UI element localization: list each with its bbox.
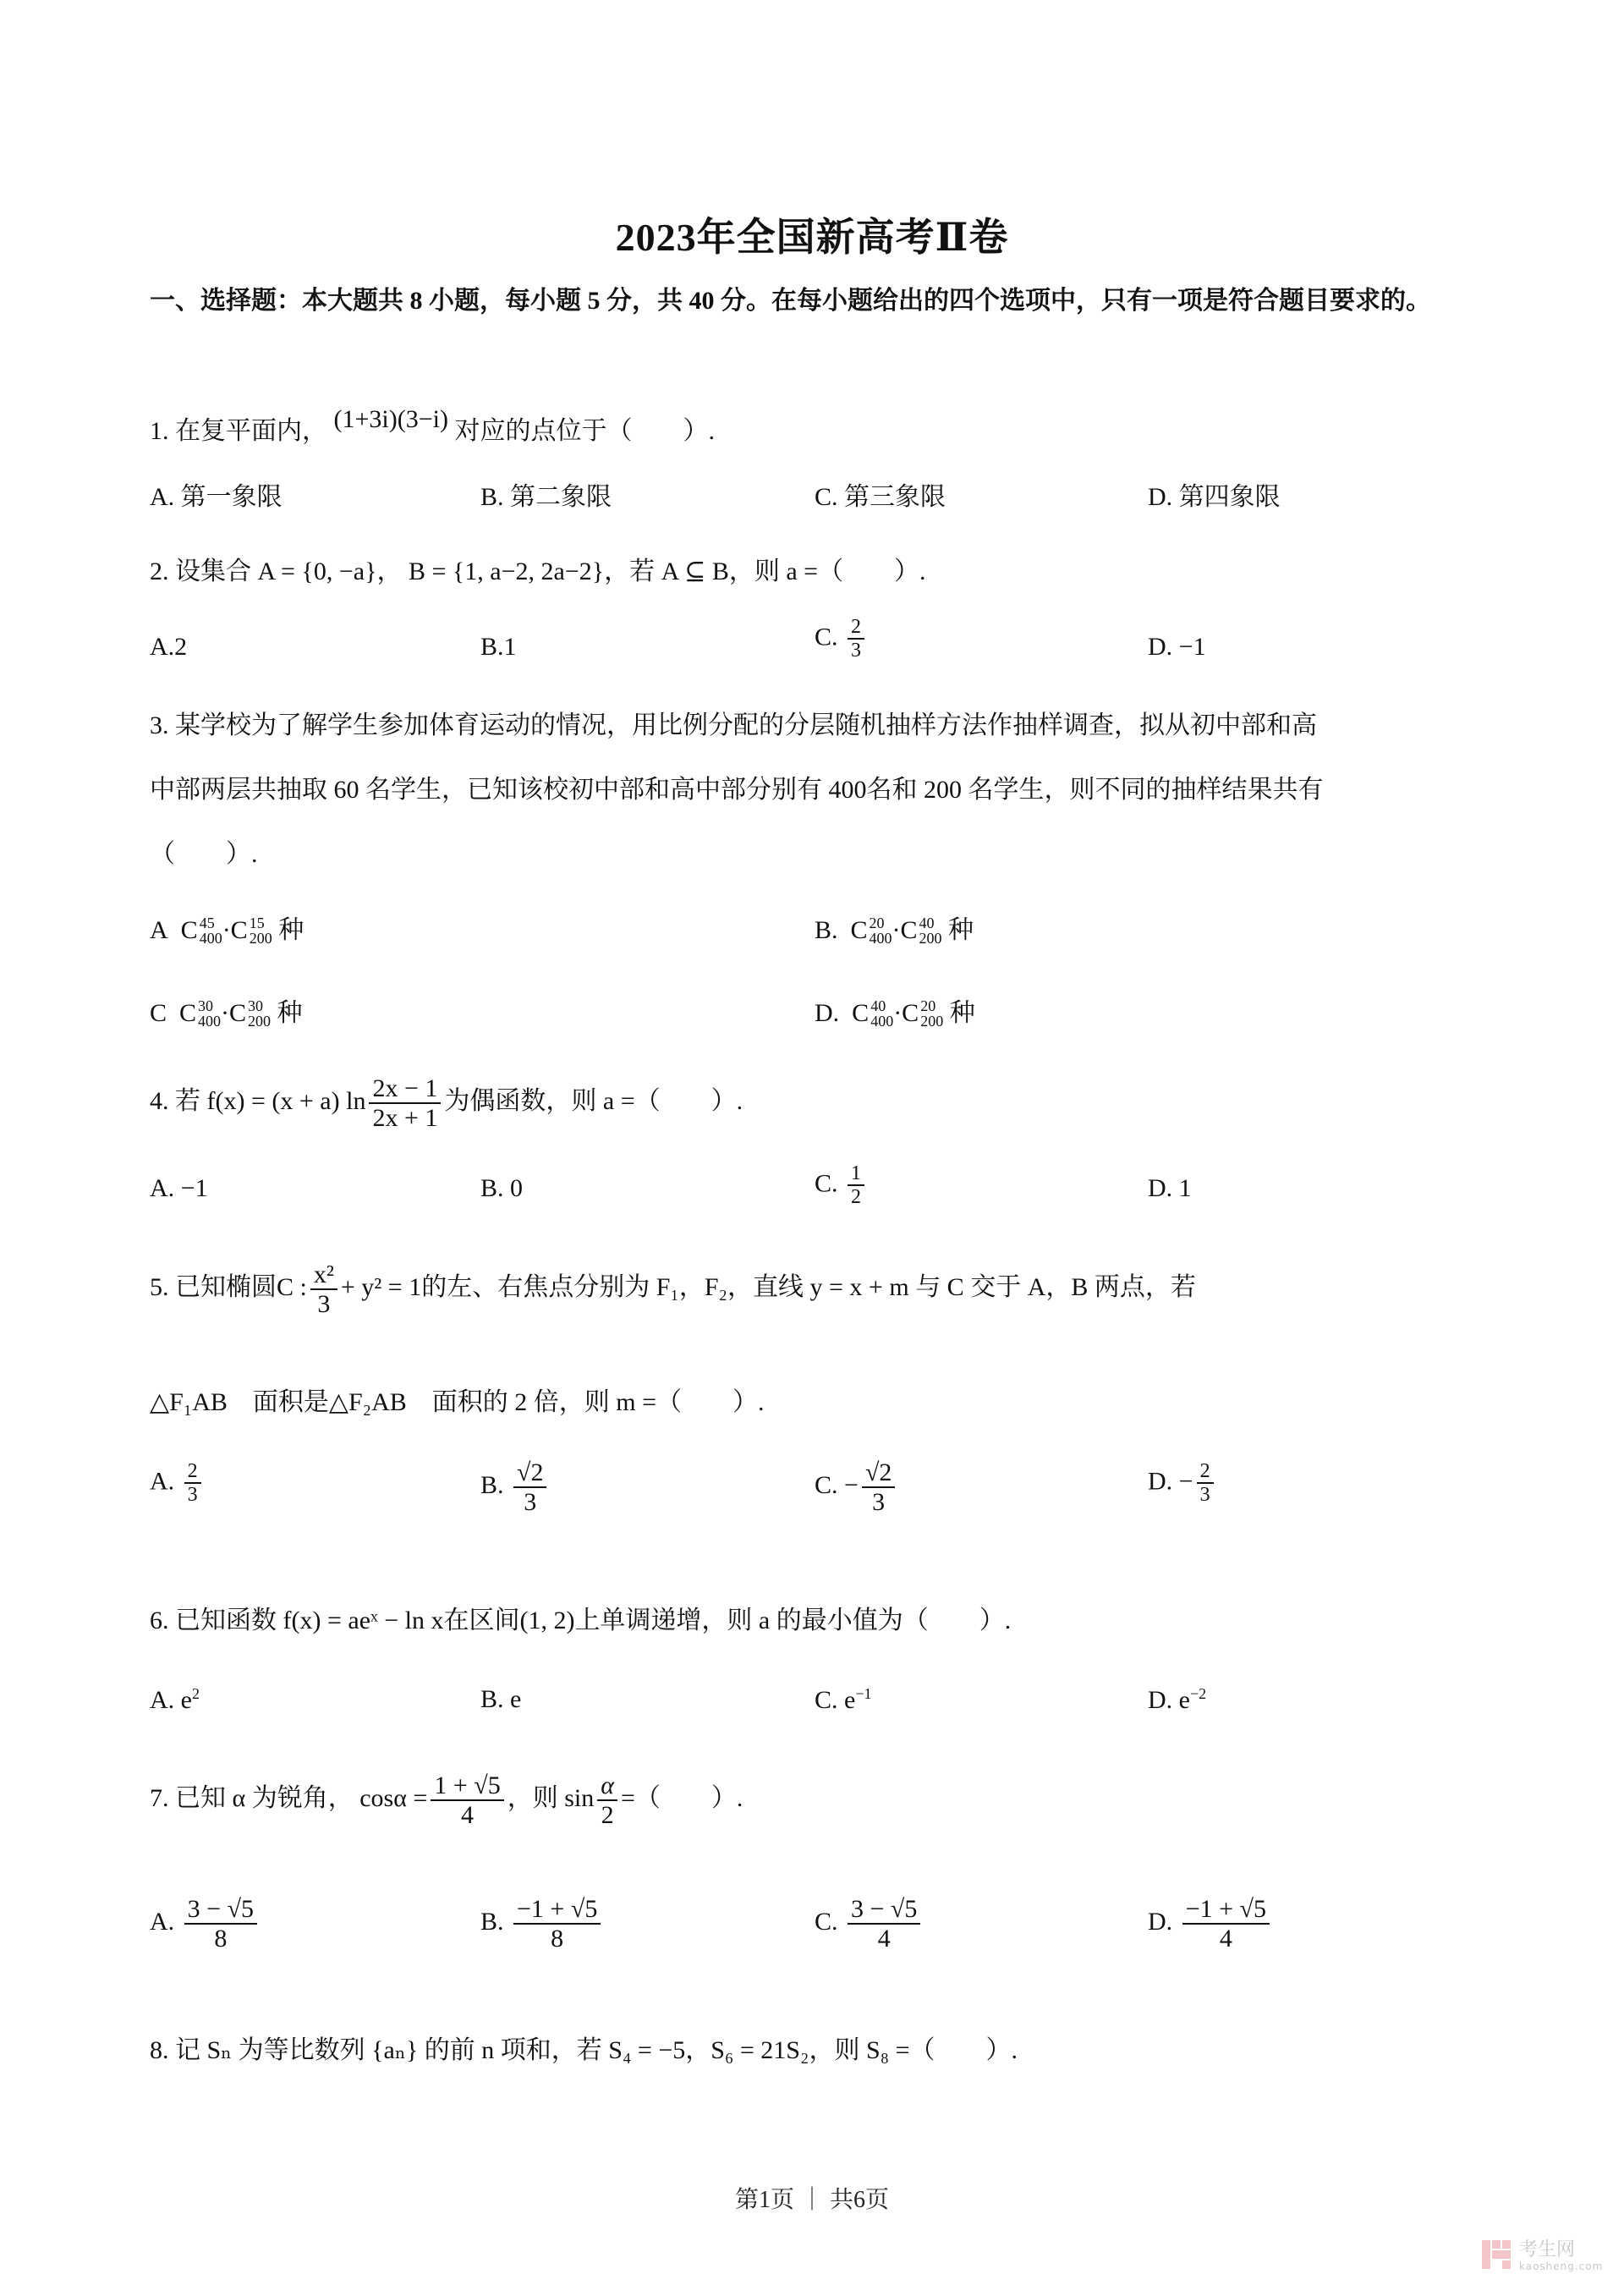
question-stem: 在区间 [443, 1607, 519, 1634]
option-c[interactable]: C. 第三象限 [815, 475, 946, 513]
line-equation: y = x + m [810, 1273, 909, 1301]
option-c[interactable]: C. 3 − √54 [815, 1895, 924, 1953]
equation-rest: + y² = 1 [341, 1273, 421, 1301]
option-a[interactable]: A. 23 [150, 1460, 205, 1507]
numerator: 2 [848, 616, 864, 640]
question-stem: 已知椭圆 [175, 1273, 277, 1301]
page-footer: 第1页 ｜ 共6页 [0, 2181, 1624, 2215]
fraction: 2x − 12x + 1 [369, 1074, 441, 1132]
question-stem: 已知函数 [175, 1607, 277, 1634]
option-label: B. [480, 1908, 504, 1936]
numerator: 2x − 1 [369, 1074, 441, 1104]
math-expression: (1+3i)(3−i) [334, 405, 448, 433]
fraction: 1 + √54 [431, 1771, 503, 1829]
option-a[interactable]: A. 3 − √58 [150, 1895, 261, 1953]
question-stem: 的左、右焦点分别为 F₁，F₂，直线 [421, 1273, 804, 1301]
question-number: 3. [150, 711, 169, 739]
option-label: B. [480, 1685, 504, 1713]
option-label: D. [1148, 1686, 1172, 1714]
denominator: 8 [211, 1925, 230, 1953]
option-text: 第三象限 [844, 483, 946, 511]
denominator: 2x + 1 [369, 1104, 441, 1132]
base: e [844, 1686, 855, 1714]
comb-top: 45 [200, 915, 222, 931]
exponent: 2 [192, 1685, 200, 1702]
option-suffix: 种 [948, 916, 974, 944]
set-b-expression: B = {1, a−2, 2a−2} [409, 558, 604, 585]
option-suffix: 种 [950, 999, 975, 1027]
option-b[interactable]: B. −1 + √58 [480, 1895, 604, 1953]
comb-bottom: 400 [870, 931, 892, 946]
option-label: B. [480, 483, 504, 511]
comb-top: 15 [250, 915, 272, 931]
fraction: x²3 [310, 1261, 337, 1318]
question-stem-suffix: =（ ）. [621, 1784, 743, 1812]
question-stem-suffix: 为偶函数，则 a =（ ）. [444, 1087, 743, 1115]
fraction: 23 [184, 1460, 201, 1507]
question-stem: ，则 [729, 558, 780, 585]
option-c[interactable]: C. −√23 [815, 1458, 898, 1516]
option-label: A [150, 916, 168, 944]
sign: − [1179, 1467, 1193, 1495]
option-label: A. [150, 1908, 174, 1936]
option-b[interactable]: B. C20400·C40200 种 [815, 909, 974, 946]
denominator: 3 [184, 1484, 201, 1506]
comb-bottom: 400 [198, 1013, 221, 1029]
question-stem: 在复平面内， [175, 417, 327, 445]
option-d[interactable]: D. C40400·C20200 种 [815, 991, 975, 1029]
comb-top: 30 [198, 998, 221, 1013]
numerator: 1 [848, 1162, 864, 1186]
comb-bottom: 400 [870, 1013, 893, 1029]
option-suffix: 种 [278, 916, 304, 944]
question-4: 4. 若 f(x) = (x + a) ln2x − 12x + 1为偶函数，则… [150, 1074, 743, 1132]
logo-brand-en: kaosheng.com [1519, 2260, 1603, 2272]
option-c[interactable]: C. 12 [815, 1162, 868, 1209]
option-suffix: 种 [277, 999, 303, 1027]
denominator: 3 [848, 640, 864, 662]
separator: ， [376, 558, 402, 585]
question-stem: 已知 α 为锐角， [175, 1784, 354, 1812]
option-a[interactable]: A. e2 [150, 1685, 200, 1715]
option-a[interactable]: A. 第一象限 [150, 475, 283, 513]
option-a[interactable]: A.2 [150, 633, 187, 662]
option-label: D. [1148, 483, 1172, 511]
subset-relation: A ⊆ B [661, 558, 729, 585]
denominator: 4 [875, 1925, 894, 1953]
logo-brand-cn: 考生网 [1519, 2235, 1575, 2261]
option-text: 第四象限 [1179, 483, 1281, 511]
interval-expression: (1, 2) [519, 1607, 574, 1634]
denominator: 3 [520, 1488, 540, 1516]
option-label: C. [815, 1686, 838, 1714]
numerator: 2 [184, 1460, 201, 1484]
option-label: B. [480, 1174, 504, 1202]
comb-top: 30 [248, 998, 271, 1013]
question-number: 1. [150, 417, 169, 445]
question-stem-line: 中部两层共抽取 60 名学生，已知该校初中部和高中部分别有 400名和 200 … [150, 758, 1486, 822]
question-6: 6. 已知函数 f(x) = aeˣ − ln x在区间(1, 2)上单调递增，… [150, 1599, 1011, 1636]
option-label: C. [815, 1169, 838, 1197]
option-label: C. [815, 483, 838, 511]
numerator: √2 [862, 1458, 895, 1488]
comb-bottom: 400 [200, 931, 222, 946]
option-text: −1 [181, 1174, 208, 1202]
question-number: 6. [150, 1607, 169, 1634]
denominator: 8 [547, 1925, 567, 1953]
combination-expression: C40400·C20200 [852, 998, 943, 1029]
comb-bottom: 200 [248, 1013, 271, 1029]
question-stem-line: 某学校为了解学生参加体育运动的情况，用比例分配的分层随机抽样方法作抽样调查，拟从… [175, 711, 1317, 739]
numerator: 1 + √5 [431, 1771, 503, 1801]
option-label: A. [150, 1174, 174, 1202]
question-5: 5. 已知椭圆C :x²3+ y² = 1的左、右焦点分别为 F₁，F₂，直线 … [150, 1261, 1196, 1318]
option-d[interactable]: D. −1 [1148, 633, 1206, 662]
function-expression: f(x) = (x + a) ln [207, 1087, 366, 1115]
exponent: −2 [1190, 1685, 1206, 1702]
question-stem: 设集合 [175, 558, 251, 585]
option-label: D. [1148, 633, 1172, 661]
question-7: 7. 已知 α 为锐角， cosα =1 + √54，则 sinα2=（ ）. [150, 1771, 743, 1829]
curve-name: C : [277, 1273, 307, 1301]
fraction: 3 − √54 [848, 1895, 920, 1953]
option-a[interactable]: A. −1 [150, 1174, 208, 1203]
option-label: D. [1148, 1174, 1172, 1202]
question-number: 5. [150, 1273, 169, 1301]
option-text: 第二象限 [510, 483, 612, 511]
numerator: α [597, 1771, 617, 1801]
question-stem: ，则 sin [507, 1784, 595, 1812]
base: e [1179, 1686, 1190, 1714]
comb-top: 40 [870, 998, 893, 1013]
question-stem-line: （ ）. [150, 822, 1486, 887]
option-c[interactable]: C. e−1 [815, 1685, 872, 1715]
option-label: C. [815, 1471, 838, 1499]
denominator: 4 [1216, 1925, 1236, 1953]
option-d[interactable]: D. −23 [1148, 1460, 1217, 1507]
comb-top: 40 [919, 915, 942, 931]
option-label: A. [150, 483, 174, 511]
question-stem: ，若 [604, 558, 655, 585]
question-ask: a =（ ）. [786, 558, 925, 585]
question-stem-suffix: 上单调递增，则 a 的最小值为（ ）. [574, 1607, 1011, 1634]
watermark-logo: 考生网 kaosheng.com [1482, 2233, 1624, 2284]
option-text: 1 [1179, 1174, 1192, 1202]
option-b[interactable]: B. √23 [480, 1458, 550, 1516]
fraction: −1 + √54 [1182, 1895, 1270, 1953]
option-label: C. [815, 1908, 838, 1936]
question-number: 4. [150, 1087, 169, 1115]
numerator: x² [310, 1261, 337, 1290]
option-c[interactable]: C C30400·C30200 种 [150, 991, 303, 1029]
denominator: 2 [848, 1186, 864, 1208]
fraction: 23 [1197, 1460, 1214, 1507]
option-label: C [150, 999, 167, 1027]
numerator: √2 [513, 1458, 546, 1488]
question-number: 7. [150, 1784, 169, 1812]
question-stem: 若 [175, 1087, 200, 1115]
comb-bottom: 200 [250, 931, 272, 946]
option-label: B. [815, 916, 838, 944]
comb-top: 20 [920, 998, 943, 1013]
option-text: 0 [510, 1174, 523, 1202]
combination-expression: C30400·C30200 [179, 998, 271, 1029]
question-1: 1. 在复平面内， (1+3i)(3−i) 对应的点位于（ ）. [150, 409, 715, 447]
combination-expression: C45400·C15200 [181, 915, 272, 946]
numerator: 2 [1197, 1460, 1214, 1484]
denominator: 2 [598, 1801, 617, 1829]
denominator: 3 [869, 1488, 888, 1516]
cos-expression: cosα = [359, 1784, 427, 1812]
option-label: A. [150, 1467, 174, 1495]
option-d[interactable]: D. e−2 [1148, 1685, 1206, 1715]
option-label: D. [1148, 1908, 1172, 1936]
question-number: 2. [150, 558, 169, 585]
question-stem-suffix: 对应的点位于（ ）. [454, 417, 715, 445]
base: e [181, 1686, 192, 1714]
option-a[interactable]: A C45400·C15200 种 [150, 909, 304, 946]
fraction: √23 [513, 1458, 546, 1516]
exponent: −1 [855, 1685, 871, 1702]
numerator: 3 − √5 [848, 1895, 920, 1925]
option-c[interactable]: C. 23 [815, 616, 868, 662]
numerator: −1 + √5 [513, 1895, 601, 1925]
option-label: D. [815, 999, 839, 1027]
option-label: B. [480, 1471, 504, 1499]
denominator: 3 [1197, 1484, 1214, 1506]
question-8: 8. 记 Sₙ 为等比数列 {aₙ} 的前 n 项和，若 S₄ = −5，S₆ … [150, 2029, 1018, 2066]
comb-bottom: 200 [920, 1013, 943, 1029]
option-label: A. [150, 633, 174, 661]
sign: − [844, 1471, 859, 1499]
question-2: 2. 设集合 A = {0, −a}， B = {1, a−2, 2a−2}，若… [150, 550, 926, 587]
option-d[interactable]: D. 1 [1148, 1174, 1192, 1203]
option-b[interactable]: B. 0 [480, 1174, 523, 1203]
option-text: −1 [1179, 633, 1206, 661]
option-label: A. [150, 1686, 174, 1714]
comb-top: 20 [870, 915, 892, 931]
option-text: 2 [174, 633, 187, 661]
logo-mark-icon [1482, 2240, 1511, 2269]
numerator: 3 − √5 [184, 1895, 257, 1925]
denominator: 4 [458, 1801, 477, 1829]
set-a-expression: A = {0, −a} [258, 558, 377, 585]
fraction: 3 − √58 [184, 1895, 257, 1953]
function-expression: f(x) = aeˣ − ln x [283, 1607, 444, 1634]
numerator: −1 + √5 [1182, 1895, 1270, 1925]
option-text: 第一象限 [181, 483, 283, 511]
fraction: 23 [848, 616, 864, 662]
section-heading: 一、选择题：本大题共 8 小题，每小题 5 分，共 40 分。在每小题给出的四个… [150, 276, 1486, 327]
base: e [510, 1685, 521, 1713]
question-stem: 与 C 交于 A，B 两点，若 [915, 1273, 1196, 1301]
option-text: 1 [504, 633, 517, 661]
option-d[interactable]: D. −1 + √54 [1148, 1895, 1273, 1953]
option-label: B. [480, 633, 504, 661]
fraction: √23 [862, 1458, 895, 1516]
option-label: D. [1148, 1467, 1172, 1495]
denominator: 3 [314, 1290, 333, 1318]
question-stem: 记 Sₙ 为等比数列 {aₙ} 的前 n 项和，若 S₄ = −5，S₆ = 2… [175, 2036, 1018, 2064]
option-b[interactable]: B.1 [480, 633, 517, 662]
option-b[interactable]: B. 第二象限 [480, 475, 612, 513]
combination-expression: C20400·C40200 [851, 915, 942, 946]
fraction: −1 + √58 [513, 1895, 601, 1953]
fraction: 12 [848, 1162, 864, 1209]
option-b[interactable]: B. e [480, 1685, 521, 1714]
question-5-line-2: △F₁AB 面积是△F₂AB 面积的 2 倍，则 m =（ ）. [150, 1381, 765, 1418]
question-number: 8. [150, 2036, 169, 2064]
option-d[interactable]: D. 第四象限 [1148, 475, 1281, 513]
page-title: 2023年全国新高考Ⅱ卷 [0, 206, 1624, 262]
question-3: 3. 某学校为了解学生参加体育运动的情况，用比例分配的分层随机抽样方法作抽样调查… [150, 694, 1486, 887]
option-label: C. [815, 623, 838, 651]
fraction: α2 [597, 1771, 617, 1829]
comb-bottom: 200 [919, 931, 942, 946]
